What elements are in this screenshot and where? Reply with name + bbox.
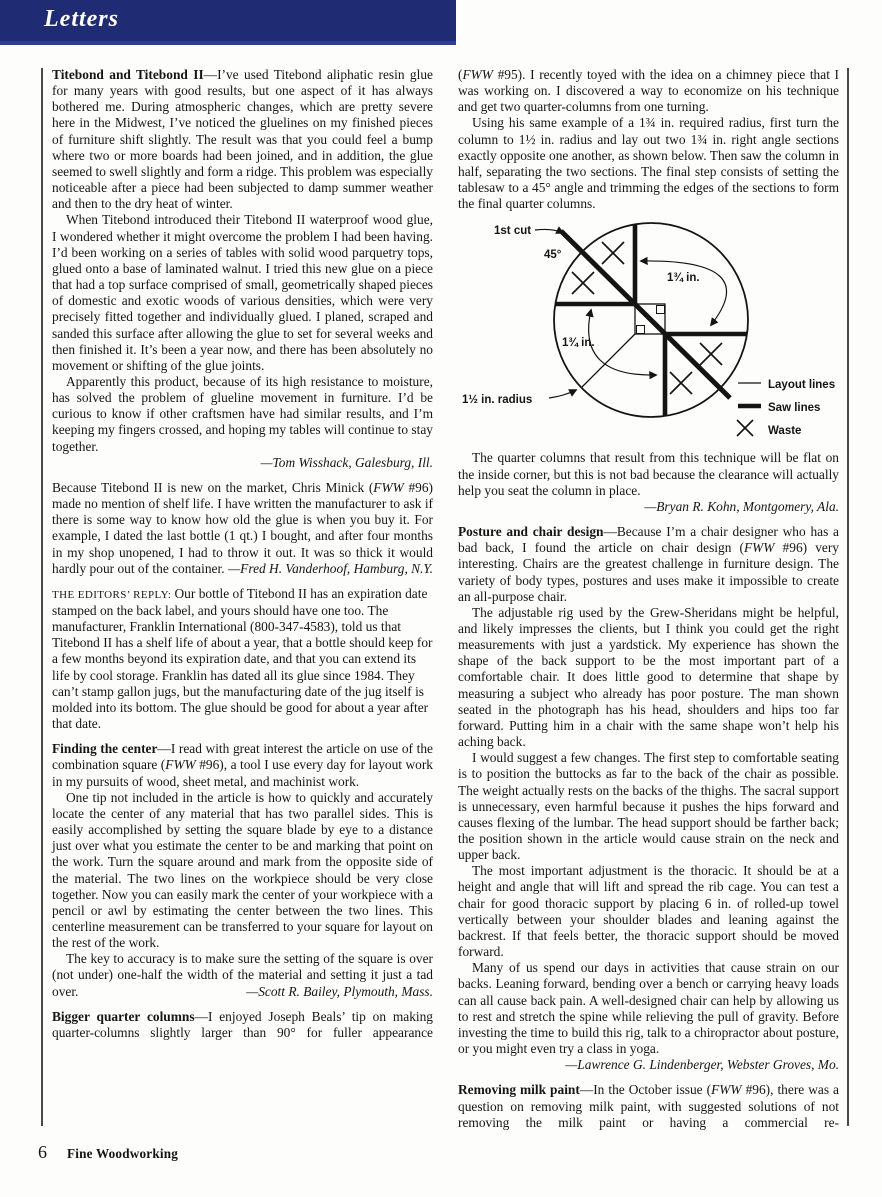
letter-paragraph: One tip not included in the article is h… <box>52 790 433 952</box>
letter-title: Bigger quarter columns <box>52 1009 195 1024</box>
letter-paragraph: Bigger quarter columns—I enjoyed Joseph … <box>52 1009 433 1041</box>
italic-ref: FWW <box>165 757 196 772</box>
body-text: Our bottle of Titebond II has an expirat… <box>52 586 433 731</box>
letter-paragraph: Using his same example of a 1¾ in. requi… <box>458 115 839 212</box>
first-cut-label: 1st cut <box>494 225 531 237</box>
diagram-svg: 1st cut 45° 1¾ in. 1¾ in. 1½ in. radius … <box>458 219 838 445</box>
body-text: When Titebond introduced their Titebond … <box>52 212 433 372</box>
italic-ref: FWW <box>373 480 404 495</box>
body-text: The adjustable rig used by the Grew-Sher… <box>458 605 839 749</box>
letter-paragraph: THE EDITORS’ REPLY: Our bottle of Titebo… <box>52 586 433 732</box>
section-title: Letters <box>44 6 119 33</box>
letter-paragraph: The adjustable rig used by the Grew-Sher… <box>458 605 839 750</box>
signature: —Bryan R. Kohn, Montgomery, Ala. <box>458 499 839 515</box>
body-text: I would suggest a few changes. The first… <box>458 750 839 862</box>
letter-title: Finding the center <box>52 741 157 756</box>
body-text: —In the October issue ( <box>580 1082 711 1097</box>
letter-title: Posture and chair design <box>458 524 603 539</box>
letter-paragraph: The key to accuracy is to make sure the … <box>52 951 433 999</box>
signature: —Scott R. Bailey, Plymouth, Mass. <box>232 984 433 1000</box>
italic-ref: FWW <box>744 540 775 555</box>
magazine-page: { "header": { "title": "Letters" }, "pag… <box>0 0 882 1197</box>
italic-ref: FWW <box>711 1082 742 1097</box>
right-text-column: (FWW #95). I recently toyed with the ide… <box>458 67 839 1131</box>
signature: —Lawrence G. Lindenberger, Webster Grove… <box>551 1057 839 1073</box>
magazine-name: Fine Woodworking <box>67 1146 178 1162</box>
angle-label: 45° <box>544 249 562 261</box>
body-text: The quarter columns that result from thi… <box>458 450 839 497</box>
dimension-top-label: 1¾ in. <box>667 272 700 284</box>
letter-paragraph: (FWW #95). I recently toyed with the ide… <box>458 67 839 115</box>
quarter-column-diagram: 1st cut 45° 1¾ in. 1¾ in. 1½ in. radius … <box>458 219 839 445</box>
letter-paragraph: When Titebond introduced their Titebond … <box>52 212 433 374</box>
letter-title: Removing milk paint <box>458 1082 580 1097</box>
italic-ref: FWW <box>462 67 493 82</box>
letter-title: Titebond and Titebond II <box>52 67 204 82</box>
editors-reply-label: THE EDITORS’ REPLY: <box>52 589 175 601</box>
legend-layout-label: Layout lines <box>768 379 835 391</box>
page-number: 6 <box>38 1142 47 1163</box>
page-footer: 6 Fine Woodworking <box>38 1142 178 1163</box>
saw-lines <box>556 225 747 416</box>
letter-paragraph: Titebond and Titebond II—I’ve used Titeb… <box>52 67 433 212</box>
signature: —Tom Wisshack, Galesburg, Ill. <box>52 455 433 471</box>
body-text: Because Titebond II is new on the market… <box>52 480 373 495</box>
body-text: —I’ve used Titebond aliphatic resin glue… <box>52 67 433 211</box>
body-text: One tip not included in the article is h… <box>52 790 433 950</box>
letter-paragraph: Posture and chair design—Because I’m a c… <box>458 524 839 605</box>
body-text: #95). I recently toyed with the idea on … <box>458 67 839 114</box>
letter-paragraph: The most important adjustment is the tho… <box>458 863 839 960</box>
letter-paragraph: Because Titebond II is new on the market… <box>52 480 433 577</box>
dimension-left-label: 1¾ in. <box>562 337 595 349</box>
letter-paragraph: Apparently this product, because of its … <box>52 374 433 471</box>
legend-saw-label: Saw lines <box>768 402 820 414</box>
left-text-column: Titebond and Titebond II—I’ve used Titeb… <box>52 67 433 1041</box>
dimension-arrows <box>535 230 727 399</box>
radius-label: 1½ in. radius <box>462 394 532 406</box>
body-text: Using his same example of a 1¾ in. requi… <box>458 115 839 211</box>
letter-paragraph: Removing milk paint—In the October issue… <box>458 1082 839 1130</box>
diagram-legend <box>737 383 761 436</box>
letter-paragraph: Finding the center—I read with great int… <box>52 741 433 789</box>
body-text: Apparently this product, because of its … <box>52 374 433 454</box>
letter-paragraph: The quarter columns that result from thi… <box>458 450 839 515</box>
right-page-rule <box>847 68 849 1126</box>
signature: —Fred H. Vanderhoof, Hamburg, N.Y. <box>228 561 433 577</box>
letter-paragraph: Many of us spend our days in activities … <box>458 960 839 1073</box>
legend-waste-label: Waste <box>768 425 801 437</box>
letter-paragraph: I would suggest a few changes. The first… <box>458 750 839 863</box>
left-page-rule <box>41 68 43 1126</box>
body-text: The most important adjustment is the tho… <box>458 863 839 959</box>
body-text: Many of us spend our days in activities … <box>458 960 839 1056</box>
